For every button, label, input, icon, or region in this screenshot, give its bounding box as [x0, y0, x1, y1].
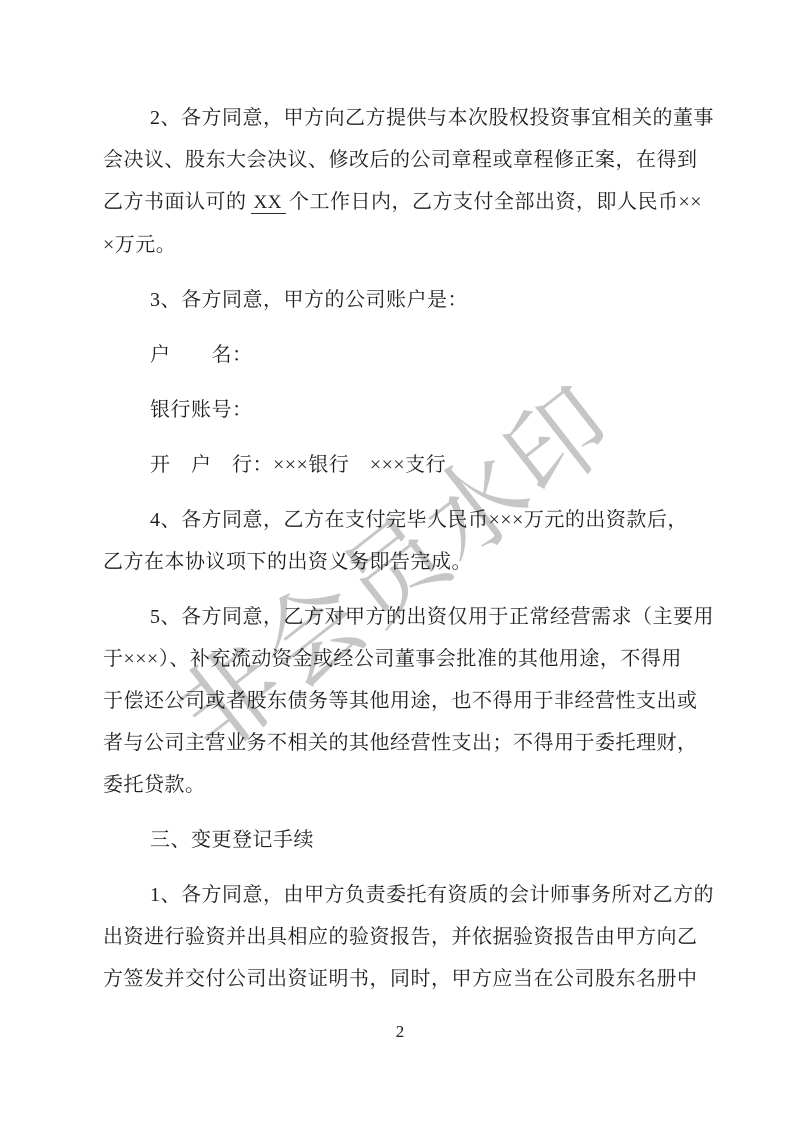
text-line: 者与公司主营业务不相关的其他经营性支出；不得用于委托理财，	[103, 722, 697, 764]
clause2-item3-paragraph: 3、各方同意，甲方的公司账户是：	[103, 279, 697, 321]
bank-account-number-row: 银行账号：	[103, 389, 697, 431]
document-content: 2、各方同意，甲方向乙方提供与本次股权投资事宜相关的董事 会决议、股东大会决议、…	[103, 97, 697, 1013]
text-line: 方签发并交付公司出资证明书，同时，甲方应当在公司股东名册中	[103, 958, 697, 1000]
clause2-item5-paragraph: 5、各方同意，乙方对甲方的出资仅用于正常经营需求（主要用 于×××）、补充流动资…	[103, 596, 697, 806]
text-line: 于×××）、补充流动资金或经公司董事会批准的其他用途，不得用	[103, 638, 697, 680]
text-line: 于偿还公司或者股东债务等其他用途，也不得用于非经营性支出或	[103, 680, 697, 722]
clause2-item2-paragraph: 2、各方同意，甲方向乙方提供与本次股权投资事宜相关的董事 会决议、股东大会决议、…	[103, 97, 697, 266]
page-number: 2	[0, 1021, 800, 1043]
bank-branch-label: 开 户 行：	[150, 454, 273, 476]
text-line: 乙方在本协议项下的出资义务即告完成。	[103, 541, 697, 583]
text-line: 会决议、股东大会决议、修改后的公司章程或章程修正案，在得到	[103, 139, 697, 181]
account-name-label: 户 名：	[103, 334, 697, 376]
text-line: 开 户 行：×××银行 ×××支行	[103, 444, 697, 486]
section-heading-text: 三、变更登记手续	[103, 819, 697, 861]
text-line: 3、各方同意，甲方的公司账户是：	[103, 279, 697, 321]
text-line: 4、各方同意，乙方在支付完毕人民币×××万元的出资款后，	[103, 499, 697, 541]
clause2-item4-paragraph: 4、各方同意，乙方在支付完毕人民币×××万元的出资款后， 乙方在本协议项下的出资…	[103, 499, 697, 583]
text-line: 1、各方同意，由甲方负责委托有资质的会计师事务所对乙方的	[103, 874, 697, 916]
blank-underline-field: XX	[251, 192, 286, 214]
text-line: 2、各方同意，甲方向乙方提供与本次股权投资事宜相关的董事	[103, 97, 697, 139]
text-line: 出资进行验资并出具相应的验资报告，并依据验资报告由甲方向乙	[103, 916, 697, 958]
text-line: 5、各方同意，乙方对甲方的出资仅用于正常经营需求（主要用	[103, 596, 697, 638]
document-page: 非会员水印 2、各方同意，甲方向乙方提供与本次股权投资事宜相关的董事 会决议、股…	[0, 0, 800, 1131]
clause3-item1-paragraph: 1、各方同意，由甲方负责委托有资质的会计师事务所对乙方的 出资进行验资并出具相应…	[103, 874, 697, 1000]
text-segment: 乙方书面认可的	[103, 191, 247, 213]
text-line: ×万元。	[103, 224, 697, 266]
account-name-row: 户 名：	[103, 334, 697, 376]
text-segment: 个工作日内，乙方支付全部出资，即人民币××	[289, 191, 702, 213]
text-line: 委托贷款。	[103, 764, 697, 806]
bank-branch-row: 开 户 行：×××银行 ×××支行	[103, 444, 697, 486]
text-line: 乙方书面认可的XX个工作日内，乙方支付全部出资，即人民币××	[103, 181, 697, 224]
section3-heading: 三、变更登记手续	[103, 819, 697, 861]
bank-branch-value: ×××银行 ×××支行	[273, 454, 446, 476]
bank-account-number-label: 银行账号：	[103, 389, 697, 431]
